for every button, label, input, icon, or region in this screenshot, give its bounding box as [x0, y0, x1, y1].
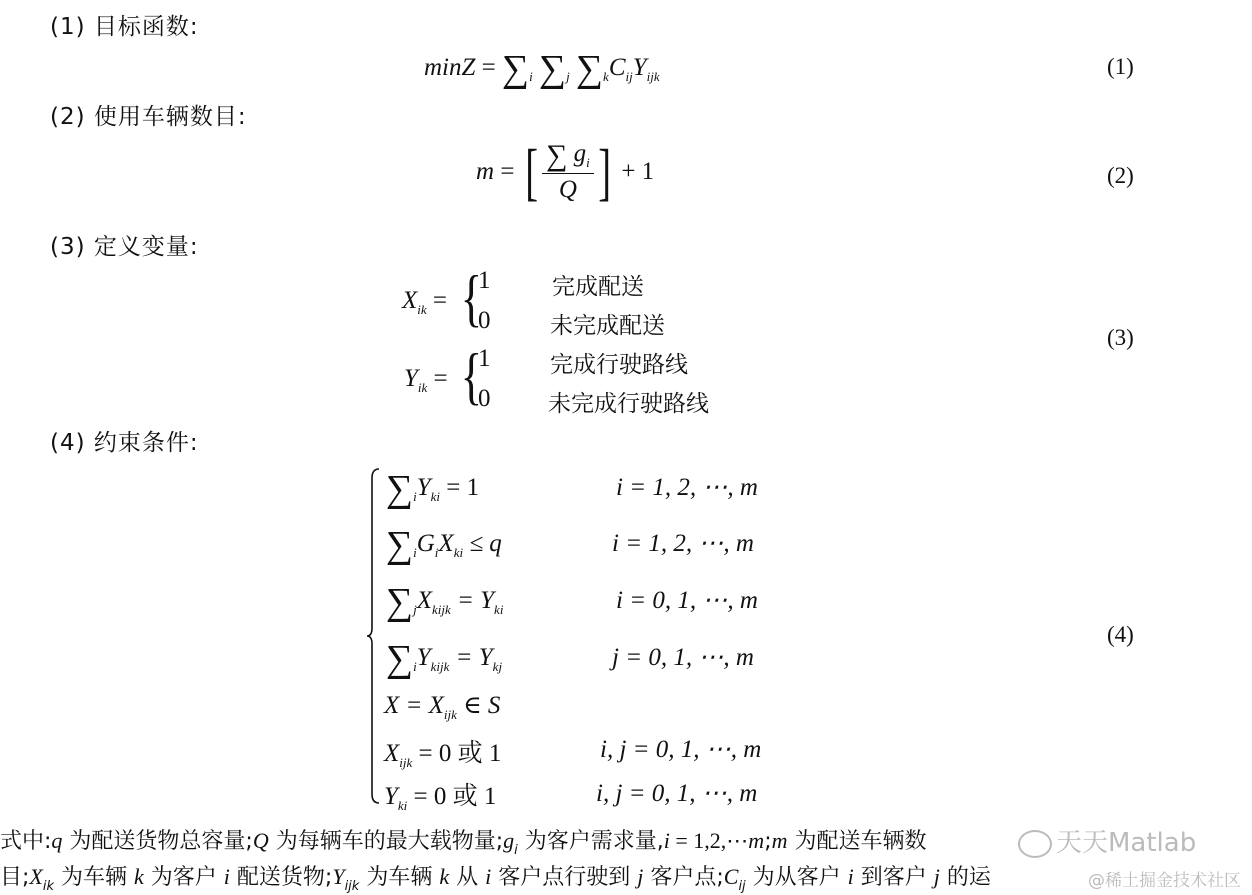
left-bracket: [: [525, 140, 538, 204]
rhs: = Y: [456, 644, 493, 671]
text: 为客户需求量,: [518, 829, 664, 854]
eq2-equals: =: [500, 158, 514, 185]
sum-symbol: ∑: [539, 48, 566, 90]
term-sub: ki: [431, 489, 440, 504]
var-sub: ijk: [345, 879, 360, 894]
x-var: X: [402, 287, 417, 314]
y-var: Y: [404, 365, 418, 392]
denominator: Q: [542, 174, 594, 204]
rhs: ∈ S: [463, 692, 500, 719]
term-sub: ki: [454, 545, 463, 560]
eq2-plus-one: + 1: [621, 158, 654, 185]
text: 为客户: [144, 865, 224, 890]
rhs: = Y: [457, 587, 494, 614]
numerator-var: g: [574, 140, 587, 167]
text: 式中:: [0, 829, 51, 854]
text: 的运: [940, 865, 991, 890]
objective-function-equation: minZ = ∑i ∑j ∑kCijYijk: [424, 50, 660, 88]
constraint-row-6: Xijk = 0 或 1: [384, 733, 501, 771]
term-sub: ijk: [399, 755, 412, 770]
constraint-range-3: i = 0, 1, ⋯, m: [616, 585, 758, 615]
watermark-channel: 天天Matlab: [1016, 822, 1198, 859]
constraint-range-1: i = 1, 2, ⋯, m: [616, 472, 758, 502]
description-line-2: 目;Xik 为车辆 k 为客户 i 配送货物;Yijk 为车辆 k 从 i 客户…: [0, 860, 991, 894]
constraints-brace-icon: [366, 468, 380, 804]
constraint-row-2: ∑iGiXki ≤ q: [386, 526, 502, 564]
y-case-1-label: 完成行驶路线: [550, 346, 688, 379]
var: C: [724, 864, 739, 889]
term: G: [417, 530, 435, 557]
text: 为配送货物总容量;: [62, 829, 252, 854]
y-case-1-value: 1: [478, 345, 491, 373]
text: 为配送车辆数: [788, 829, 927, 854]
term: Y: [384, 783, 398, 810]
constraint-range-7: i, j = 0, 1, ⋯, m: [596, 778, 757, 808]
constraint-row-3: ∑jXkijk = Yki: [386, 583, 503, 621]
sum-symbol: ∑: [576, 48, 603, 90]
text: ;: [764, 829, 771, 854]
equation-number-1: (1): [1107, 54, 1134, 80]
rhs: = 0 或 1: [414, 783, 497, 810]
eq1-term-y: Y: [633, 54, 647, 81]
watermark-site: @稀土掘金技术社区: [1088, 866, 1241, 891]
term: X: [384, 740, 399, 767]
text: 为车辆: [359, 865, 439, 890]
text: 为车辆: [54, 865, 134, 890]
sum-symbol: ∑: [386, 524, 413, 566]
y-ik-lhs: Yik =: [404, 365, 448, 396]
text: 为从客户: [746, 865, 848, 890]
eq2-lhs: m: [476, 158, 494, 185]
var-sub: ij: [738, 879, 745, 894]
text: 到客户: [854, 865, 934, 890]
var: m: [772, 828, 788, 853]
sum-index: i: [529, 69, 533, 84]
y-case-0-value: 0: [478, 385, 491, 413]
right-bracket: ]: [598, 140, 611, 204]
var: q: [51, 828, 62, 853]
text: 配送货物;: [230, 865, 332, 890]
term: Y: [417, 644, 431, 671]
constraint-range-6: i, j = 0, 1, ⋯, m: [600, 734, 761, 764]
term: X: [438, 530, 453, 557]
var: m: [748, 828, 764, 853]
term-sub: kijk: [431, 659, 450, 674]
var: k: [439, 864, 449, 889]
constraint-row-5: X = Xijk ∈ S: [384, 690, 500, 723]
text: 为每辆车的最大载物量;: [269, 829, 503, 854]
y-equals: =: [434, 365, 448, 392]
rhs: = 0 或 1: [419, 740, 502, 767]
sum-symbol: ∑: [386, 581, 413, 623]
wechat-icon: [1018, 830, 1052, 858]
fraction: ∑ giQ: [542, 140, 594, 204]
term: Y: [417, 474, 431, 501]
rhs-sub: ki: [494, 602, 503, 617]
x-sub: ik: [417, 302, 426, 317]
var: g: [503, 828, 514, 853]
text: = 1,2,⋯: [670, 828, 748, 853]
var: X: [29, 864, 42, 889]
term: X = X: [384, 692, 444, 719]
sum-index: j: [566, 69, 570, 84]
section-3-heading: (3) 定义变量:: [50, 228, 199, 261]
term: X: [417, 587, 432, 614]
var-sub: ik: [43, 879, 54, 894]
eq1-lhs: minZ: [424, 54, 475, 81]
text: 从: [449, 865, 485, 890]
numerator-sub: i: [586, 155, 590, 170]
term-sub: ki: [398, 798, 407, 813]
constraint-range-2: i = 1, 2, ⋯, m: [612, 528, 754, 558]
section-1-heading: (1) 目标函数:: [50, 8, 199, 41]
constraint-row-7: Yki = 0 或 1: [384, 776, 496, 814]
var: k: [134, 864, 144, 889]
sum-symbol: ∑: [386, 638, 413, 680]
var: Q: [253, 828, 269, 853]
text: 目;: [0, 865, 29, 890]
equation-number-4: (4): [1107, 622, 1134, 648]
rhs: ≤ q: [469, 530, 501, 557]
section-2-heading: (2) 使用车辆数目:: [50, 98, 247, 131]
description-line-1: 式中:q 为配送货物总容量;Q 为每辆车的最大载物量;gi 为客户需求量,i =…: [0, 824, 927, 858]
sum-symbol: ∑: [386, 468, 413, 510]
constraint-row-1: ∑iYki = 1: [386, 470, 479, 508]
x-case-1-value: 1: [478, 267, 491, 295]
x-ik-lhs: Xik =: [402, 287, 447, 318]
eq1-term-c-sub: ij: [626, 69, 633, 84]
eq1-term-c: C: [609, 54, 626, 81]
term-sub: kijk: [432, 602, 451, 617]
x-case-1-label: 完成配送: [552, 268, 644, 301]
term-sub: ijk: [444, 707, 457, 722]
eq1-term-y-sub: ijk: [647, 69, 660, 84]
x-equals: =: [433, 287, 447, 314]
rhs-sub: kj: [493, 659, 502, 674]
constraint-row-4: ∑iYkijk = Ykj: [386, 640, 502, 678]
equation-number-2: (2): [1107, 163, 1134, 189]
sum-symbol: ∑: [546, 139, 567, 172]
vehicle-count-equation: m = [∑ giQ] + 1: [476, 140, 654, 204]
y-sub: ik: [418, 380, 427, 395]
sum-symbol: ∑: [502, 48, 529, 90]
constraint-range-4: j = 0, 1, ⋯, m: [612, 642, 754, 672]
x-case-0-value: 0: [478, 307, 491, 335]
text: 客户点行驶到: [491, 865, 637, 890]
y-case-0-label: 未完成行驶路线: [548, 385, 709, 418]
x-case-0-label: 未完成配送: [550, 307, 665, 340]
rhs: = 1: [446, 474, 479, 501]
eq1-equals: =: [482, 54, 496, 81]
equation-number-3: (3): [1107, 325, 1134, 351]
watermark-text: 天天Matlab: [1056, 828, 1196, 858]
section-4-heading: (4) 约束条件:: [50, 424, 199, 457]
var: Y: [332, 864, 344, 889]
text: 客户点;: [643, 865, 723, 890]
